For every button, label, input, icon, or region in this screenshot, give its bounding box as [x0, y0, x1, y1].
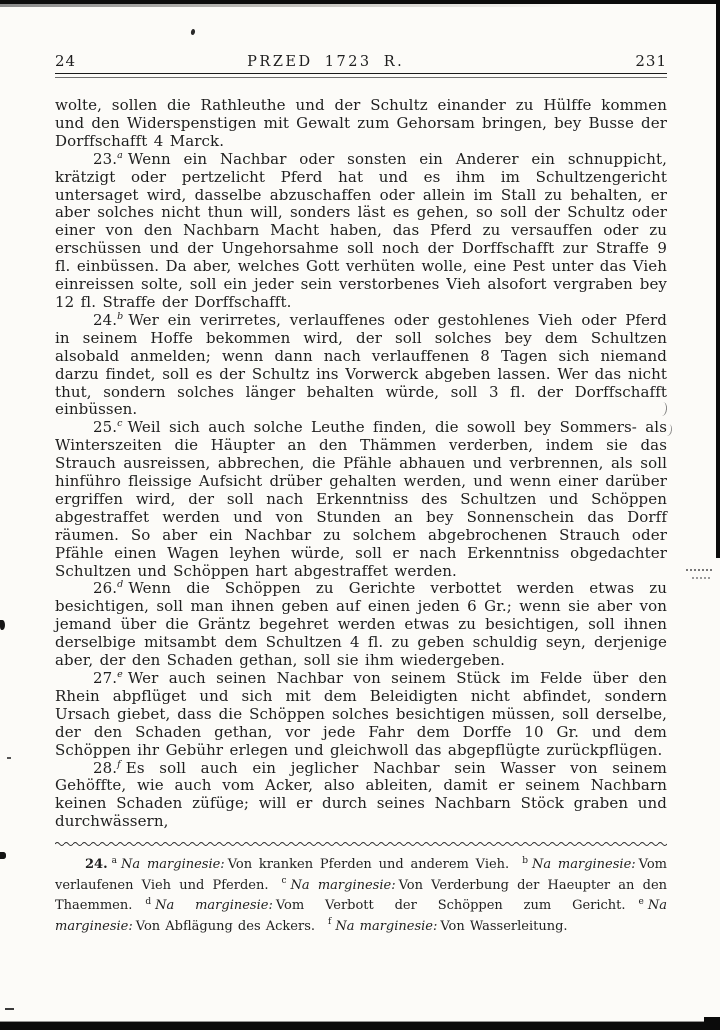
paragraph-24: 24.bWer ein verirretes, verlauffenes ode…	[55, 312, 667, 419]
footnote-letter: e	[639, 897, 644, 907]
paragraph-28: 28.fEs soll auch ein jeglicher Nachbar s…	[55, 760, 667, 832]
paragraph-text: wolte, sollen die Rathleuthe und der Sch…	[55, 96, 667, 150]
paragraph-number: 23.	[93, 150, 117, 168]
footnote-marker: e	[117, 669, 123, 680]
footnote-f: fNa marginesie:Von Wasserleitung.	[328, 919, 568, 934]
paragraph-23: 23.aWenn ein Nachbar oder sonsten ein An…	[55, 151, 667, 312]
footnote-ref-number: 24.	[85, 857, 108, 872]
footnote-label: Na marginesie:	[121, 857, 225, 872]
paragraph-continuation: wolte, sollen die Rathleuthe und der Sch…	[55, 97, 667, 151]
paragraph-number: 27.	[93, 669, 117, 687]
footnote-letter: f	[328, 917, 331, 927]
verso-page-number: 24	[55, 52, 76, 70]
paragraph-text: Wenn ein Nachbar oder sonsten ein Andere…	[55, 150, 667, 311]
margin-dotted-mark	[692, 577, 710, 581]
footnote-marker: a	[117, 150, 123, 161]
footnote-letter: b	[522, 856, 528, 866]
footnote-letter: c	[281, 876, 286, 886]
scanned-page: 24 PRZED 1723 R. 231 wolte, sollen die R…	[0, 0, 720, 1030]
paragraph-text: Wenn die Schöppen zu Gerichte verbottet …	[55, 579, 667, 669]
footnote-a: aNa marginesie:Von kranken Pferden und a…	[112, 857, 510, 872]
footnote-text: Vom Verbott der Schöppen zum Gericht.	[276, 898, 626, 913]
scan-edge-artifact-right	[716, 0, 720, 558]
paragraph-number: 26.	[93, 579, 117, 597]
paragraph-number: 25.	[93, 418, 117, 436]
footnote-marker: f	[117, 759, 121, 770]
wavy-separator	[55, 840, 667, 848]
paragraph-25: 25.cWeil sich auch solche Leuthe finden,…	[55, 419, 667, 580]
paragraph-number: 24.	[93, 311, 117, 329]
footnote-marker: b	[117, 311, 123, 322]
body-text: wolte, sollen die Rathleuthe und der Sch…	[55, 97, 667, 831]
scan-edge-smear-top	[0, 4, 720, 7]
margin-speck	[7, 757, 11, 759]
scan-edge-artifact-bottom	[0, 1022, 720, 1030]
footnote-d: dNa marginesie:Vom Verbott der Schöppen …	[145, 898, 625, 913]
paragraph-text: Wer auch seinen Nachbar von seinem Stück…	[55, 669, 667, 759]
footnote-text: Von kranken Pferden und anderem Vieh.	[228, 857, 509, 872]
scan-edge-artifact-bottom-corner	[704, 1017, 720, 1022]
footnote-marker: c	[117, 418, 122, 429]
footnote-text: Von Abflägung des Ackers.	[136, 919, 315, 934]
page-content: 24 PRZED 1723 R. 231 wolte, sollen die R…	[55, 0, 667, 937]
paragraph-text: Weil sich auch solche Leuthe finden, die…	[55, 418, 667, 579]
footnote-text: Von Wasserleitung.	[440, 919, 567, 934]
paragraph-text: Wer ein verirretes, verlauffenes oder ge…	[55, 311, 667, 419]
paragraph-number: 28.	[93, 759, 117, 777]
recto-page-number: 231	[635, 52, 667, 70]
paragraph-26: 26.dWenn die Schöppen zu Gerichte verbot…	[55, 580, 667, 670]
header-rule	[55, 73, 667, 78]
margin-pen-mark	[663, 423, 673, 436]
running-title: PRZED 1723 R.	[247, 54, 404, 70]
margin-dotted-mark	[686, 569, 712, 573]
margin-speck	[5, 1008, 14, 1010]
paragraph-27: 27.eWer auch seinen Nachbar von seinem S…	[55, 670, 667, 760]
footnote-letter: d	[145, 897, 151, 907]
footnote-label: Na marginesie:	[532, 857, 636, 872]
footnote-marker: d	[117, 579, 123, 590]
footnote-label: Na marginesie:	[335, 919, 437, 934]
margin-mark-left-footnote	[0, 852, 6, 859]
footnotes: 24.aNa marginesie:Von kranken Pferden un…	[55, 855, 667, 937]
footnote-label: Na marginesie:	[155, 898, 273, 913]
paragraph-text: Es soll auch ein jeglicher Nachbar sein …	[55, 759, 667, 831]
margin-mark-left	[0, 620, 5, 630]
page-header: 24 PRZED 1723 R. 231	[55, 0, 667, 70]
footnote-label: Na marginesie:	[291, 878, 396, 893]
footnote-letter: a	[112, 856, 117, 866]
